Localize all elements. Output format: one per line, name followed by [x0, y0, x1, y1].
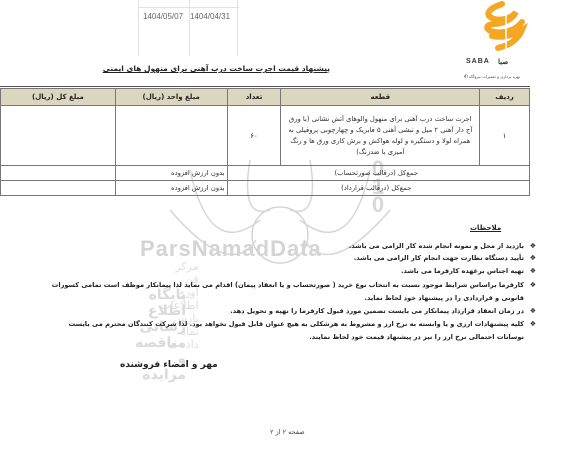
- notes-title: ملاحظات: [470, 224, 501, 232]
- date-value: 1404/05/07: [143, 12, 183, 21]
- note-item: ❖ تأیید دستگاه نظارت جهت انجام کار الزام…: [46, 253, 536, 264]
- logo-subtitle: بهره برداری و تعمیرات نیروگاه (O&M): [464, 74, 520, 79]
- column-header-quantity: تعداد: [227, 89, 281, 106]
- page-number: صفحه ۲ از ۲: [270, 428, 305, 436]
- note-item: ❖ بازدید از محل و نمونه انجام شده کار ال…: [46, 241, 536, 252]
- cell-quantity: ۶۰: [227, 106, 281, 166]
- logo-brand-fa: صبا: [498, 58, 508, 66]
- summary-vat-note: بدون ارزش افزوده: [115, 166, 227, 181]
- bullet-icon: ❖: [530, 241, 536, 252]
- summary-row-contract: جمع‌کل (درقالب قرارداد) بدون ارزش افزوده: [1, 181, 530, 196]
- document-title: پیشنهاد قیمت اجرت ساخت درب آهنی برای منه…: [130, 64, 330, 73]
- bullet-icon: ❖: [530, 306, 536, 317]
- note-text: کارفرما براساس شرایط موجود نسبت به انتخا…: [52, 281, 524, 302]
- summary-vat-note: بدون ارزش افزوده: [115, 181, 227, 196]
- note-text: در زمان انعقاد قرارداد پیمانکار می بایست…: [230, 307, 524, 315]
- summary-value: [1, 166, 116, 181]
- bullet-icon: ❖: [530, 266, 536, 277]
- summary-value: [1, 181, 116, 196]
- summary-label: جمع‌کل (درقالب قرارداد): [227, 181, 529, 196]
- bullet-icon: ❖: [530, 318, 536, 331]
- saba-logo-icon: [472, 0, 536, 82]
- note-item: ❖ کلیه پیشنهادات ارزی و یا وابسته به نرخ…: [46, 318, 536, 344]
- note-item: ❖ در زمان انعقاد قرارداد پیمانکار می بای…: [46, 306, 536, 317]
- note-text: بازدید از محل و نمونه انجام شده کار الزا…: [349, 242, 524, 250]
- summary-label: جمع‌کل (درقالب صورتحساب): [227, 166, 529, 181]
- note-text: تأیید دستگاه نظارت جهت انجام کار الزامی …: [354, 254, 524, 262]
- summary-row-invoice: جمع‌کل (درقالب صورتحساب) بدون ارزش افزود…: [1, 166, 530, 181]
- cell-unit-price: [115, 106, 227, 166]
- table-header-row: ردیف قطعه تعداد مبلغ واحد (ریال) مبلغ کل…: [1, 89, 530, 106]
- column-header-item: قطعه: [281, 89, 480, 106]
- cell-row-number: ۱: [480, 106, 530, 166]
- cell-total-price: [1, 106, 116, 166]
- header-divider: [0, 86, 530, 87]
- price-table: ردیف قطعه تعداد مبلغ واحد (ریال) مبلغ کل…: [0, 88, 530, 196]
- note-item: ❖ کارفرما براساس شرایط موجود نسبت به انت…: [46, 279, 536, 305]
- notes-list: ❖ بازدید از محل و نمونه انجام شده کار ال…: [46, 241, 536, 345]
- column-header-total-price: مبلغ کل (ریال): [1, 89, 116, 106]
- cell-item-description: اجرت ساخت درب آهنی برای منهول والوهای آت…: [281, 106, 480, 166]
- column-header-row-number: ردیف: [480, 89, 530, 106]
- note-text: کلیه پیشنهادات ارزی و یا وابسته به نرخ ا…: [69, 320, 524, 341]
- seller-signature-label: مهر و امضاء فروشنده: [120, 360, 218, 370]
- bullet-icon: ❖: [530, 253, 536, 264]
- date-value: 1404/04/31: [190, 12, 230, 21]
- table-row: ۱ اجرت ساخت درب آهنی برای منهول والوهای …: [1, 106, 530, 166]
- note-text: تهیه اجناس برعهده کارفرما می باشد.: [401, 267, 524, 275]
- date-table-column-divider: [189, 0, 190, 56]
- date-table: [138, 0, 238, 56]
- bullet-icon: ❖: [530, 279, 536, 292]
- column-header-unit-price: مبلغ واحد (ریال): [115, 89, 227, 106]
- note-item: ❖ تهیه اجناس برعهده کارفرما می باشد.: [46, 266, 536, 277]
- logo-brand-en: SABA: [466, 58, 490, 65]
